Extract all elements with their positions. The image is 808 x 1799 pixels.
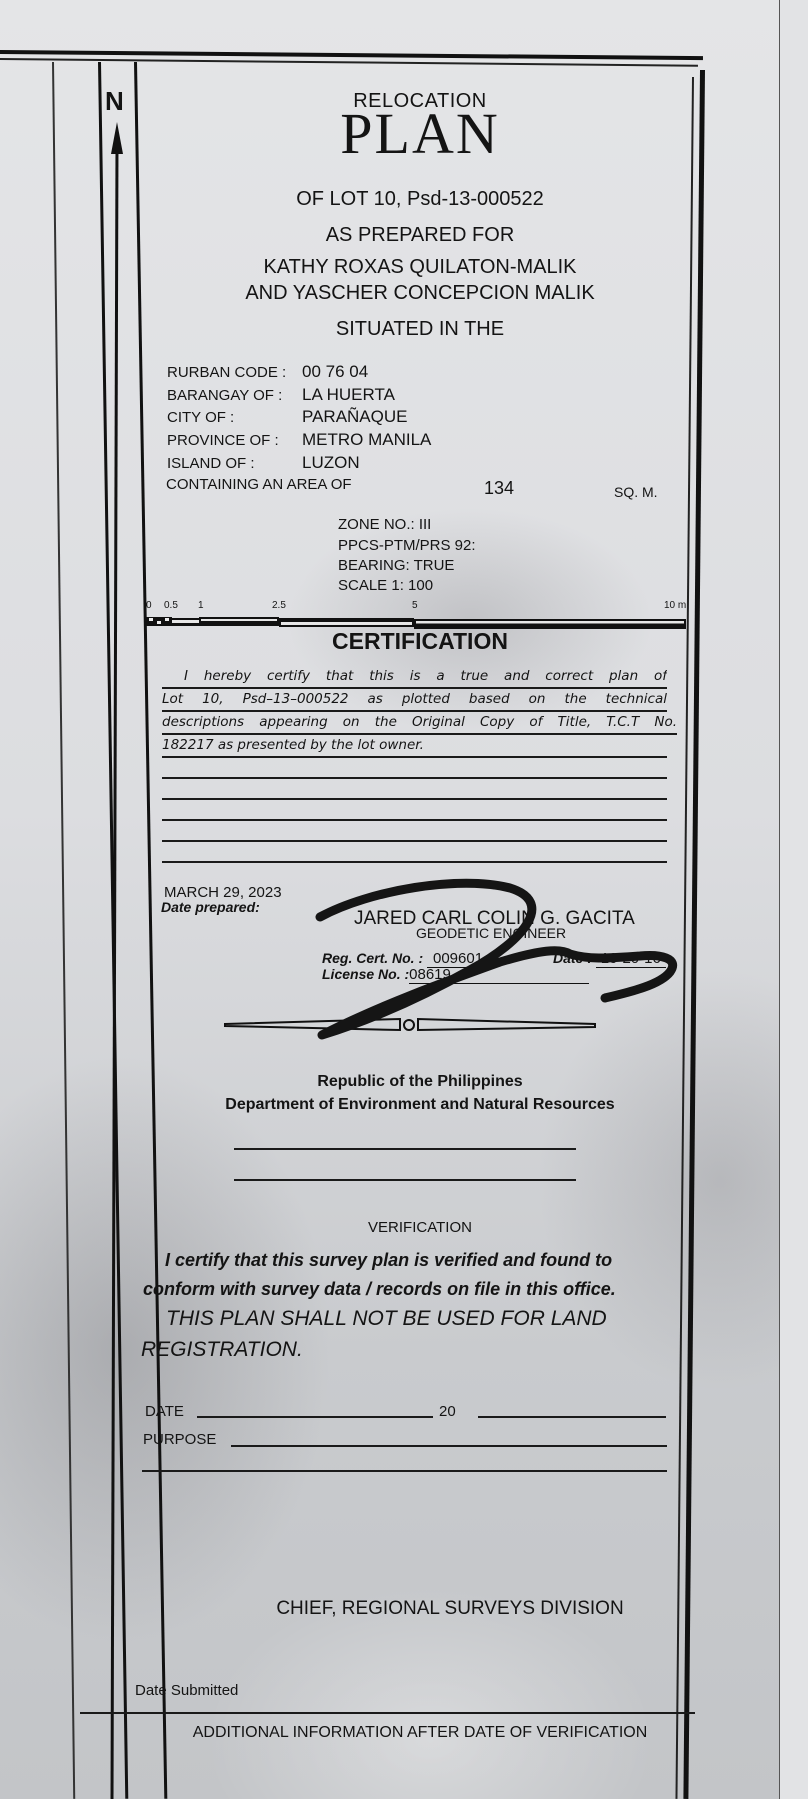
section-divider: [80, 1712, 695, 1714]
scale-tick: 5: [412, 600, 418, 611]
area-value: 134: [484, 478, 514, 499]
reg-date-row: Date : 10-20-16: [553, 950, 666, 968]
location-value: 00 76 04: [302, 362, 368, 381]
certification-blank-line: [162, 779, 667, 800]
certification-line: Lot 10, Psd–13–000522 as plotted based o…: [162, 689, 667, 712]
signature-line-ornament-icon: [220, 1012, 600, 1042]
prepared-for-label: AS PREPARED FOR: [160, 224, 680, 247]
verification-date-field[interactable]: [197, 1416, 433, 1418]
scale: SCALE 1: 100: [338, 577, 433, 594]
scale-tick: 2.5: [272, 600, 286, 611]
verification-line: conform with survey data / records on fi…: [143, 1275, 683, 1304]
location-value: LUZON: [302, 453, 360, 472]
area-label: CONTAINING AN AREA OF: [166, 476, 352, 493]
location-label: PROVINCE OF :: [167, 432, 302, 449]
certification-title: CERTIFICATION: [160, 628, 680, 655]
denr-heading: Department of Environment and Natural Re…: [160, 1096, 680, 1114]
chief-signatory-title: CHIEF, REGIONAL SURVEYS DIVISION: [160, 1598, 680, 1620]
verification-title: VERIFICATION: [160, 1219, 680, 1236]
lot-number: OF LOT 10, Psd-13-000522: [160, 188, 680, 211]
projection-system: PPCS-PTM/PRS 92:: [338, 537, 476, 554]
verification-purpose-label: PURPOSE: [143, 1431, 216, 1448]
location-label: CITY OF :: [167, 409, 302, 426]
land-registration-warning: THIS PLAN SHALL NOT BE USED FOR LAND REG…: [141, 1303, 701, 1365]
verification-year-prefix: 20: [439, 1403, 456, 1420]
certification-blank-line: [162, 821, 667, 842]
license-value: 08619: [409, 966, 589, 984]
verification-purpose-field-line2[interactable]: [142, 1470, 667, 1472]
warning-line: THIS PLAN SHALL NOT BE USED FOR LAND: [141, 1303, 701, 1334]
license-row: License No. :08619: [322, 966, 589, 984]
location-value: PARAÑAQUE: [302, 407, 408, 426]
certification-text: I hereby certify that this is a true and…: [162, 666, 667, 863]
owner-name-1: KATHY ROXAS QUILATON-MALIK: [160, 256, 680, 279]
republic-heading: Republic of the Philippines: [160, 1073, 680, 1091]
location-island: ISLAND OF :LUZON: [167, 453, 360, 473]
bearing: BEARING: TRUE: [338, 557, 454, 574]
location-value: LA HUERTA: [302, 385, 395, 404]
warning-line: REGISTRATION.: [141, 1334, 701, 1365]
location-label: ISLAND OF :: [167, 455, 302, 472]
certification-blank-line: [162, 758, 667, 779]
north-arrow-icon: [110, 122, 124, 1799]
area-unit: SQ. M.: [614, 484, 658, 500]
zone-number: ZONE NO.: III: [338, 516, 431, 533]
scale-bar-labels: 0 0.5 1 2.5 5 10 m: [146, 600, 706, 616]
adjacent-sheet: [780, 0, 808, 1799]
location-rurban-code: RURBAN CODE :00 76 04: [167, 362, 368, 382]
certification-line: I hereby certify that this is a true and…: [162, 666, 667, 689]
certification-blank-line: [162, 800, 667, 821]
scale-tick: 0: [146, 600, 152, 611]
verification-line: I certify that this survey plan is verif…: [143, 1246, 683, 1275]
reg-date-label: Date :: [553, 950, 592, 966]
scale-tick: 0.5: [164, 600, 178, 611]
scale-tick: 10 m: [664, 600, 686, 611]
reg-date-value: 10-20-16: [596, 950, 666, 968]
certification-blank-line: [162, 842, 667, 863]
certification-line: descriptions appearing on the Original C…: [162, 712, 677, 735]
location-value: METRO MANILA: [302, 430, 431, 449]
location-province: PROVINCE OF :METRO MANILA: [167, 430, 431, 450]
certification-line: 182217 as presented by the lot owner.: [162, 735, 667, 758]
situated-label: SITUATED IN THE: [160, 318, 680, 341]
verification-year-field[interactable]: [478, 1416, 666, 1418]
denr-signature-line: [234, 1179, 576, 1181]
additional-info-heading: ADDITIONAL INFORMATION AFTER DATE OF VER…: [160, 1724, 680, 1742]
location-label: RURBAN CODE :: [167, 364, 302, 381]
north-label: N: [105, 86, 124, 117]
verification-date-label: DATE: [145, 1403, 184, 1420]
location-label: BARANGAY OF :: [167, 387, 302, 404]
location-city: CITY OF :PARAÑAQUE: [167, 407, 408, 427]
license-label: License No. :: [322, 966, 409, 982]
scale-tick: 1: [198, 600, 204, 611]
verification-purpose-field[interactable]: [231, 1445, 667, 1447]
denr-signature-line: [234, 1148, 576, 1150]
date-prepared-label: Date prepared:: [161, 899, 260, 915]
engineer-title: GEODETIC ENGINEER: [416, 925, 566, 941]
plan-title: PLAN: [160, 100, 680, 167]
location-barangay: BARANGAY OF :LA HUERTA: [167, 385, 395, 405]
date-submitted-label: Date Submitted: [135, 1682, 238, 1699]
reg-cert-label: Reg. Cert. No. :: [322, 950, 423, 966]
verification-statement: I certify that this survey plan is verif…: [143, 1246, 683, 1304]
owner-name-2: AND YASCHER CONCEPCION MALIK: [160, 282, 680, 305]
